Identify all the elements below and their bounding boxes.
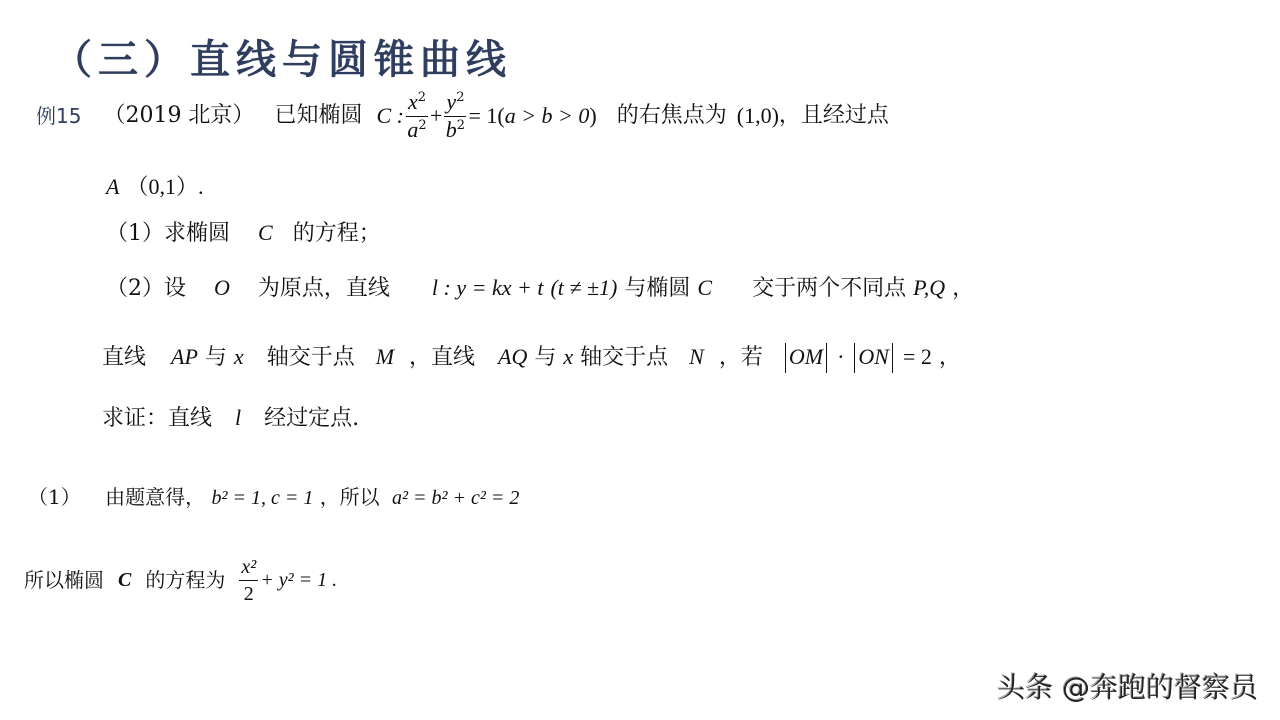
solution-line2: 所以椭圆 C 的方程为 x² 2 + y² = 1 . [24, 545, 337, 615]
example-label: 例15 [36, 101, 81, 131]
example-source: （2019 北京） [103, 101, 254, 131]
fraction-y-b: y2 b2 [444, 89, 466, 144]
fraction-x-a: x2 a2 [406, 89, 428, 144]
point-a-line: A （0,1）. [106, 172, 203, 203]
solution-line1: （1） 由题意得， b² = 1, c = 1 ，所以 a² = b² + c²… [28, 482, 519, 513]
question-prove: 求证：直线 l 经过定点. [102, 403, 359, 434]
question-part2-line2: 直线 AP 与 x 轴交于点 M ，直线 AQ 与 x 轴交于点 N ，若 OM… [102, 342, 961, 373]
page-title: （三）直线与圆锥曲线 [52, 28, 512, 85]
example-statement-line1: 例15 （2019 北京） 已知椭圆 C : x2 a2 + y2 b2 = 1… [36, 86, 889, 146]
condition: a > b > 0 [505, 101, 590, 131]
ellipse-name: C : [376, 101, 404, 131]
question-part2-line1: （2）设 O 为原点，直线 l : y = kx + t (t ≠ ±1) 与椭… [106, 273, 974, 304]
question-part1: （1）求椭圆 C 的方程； [106, 218, 381, 249]
focus-text: 的右焦点为 [617, 101, 727, 131]
watermark: 头条 @奔跑的督察员 [997, 666, 1258, 706]
focus-point: (1,0) [737, 101, 779, 131]
intro-text: 已知椭圆 [274, 101, 362, 131]
fraction-x2-over-2: x² 2 [239, 554, 258, 607]
